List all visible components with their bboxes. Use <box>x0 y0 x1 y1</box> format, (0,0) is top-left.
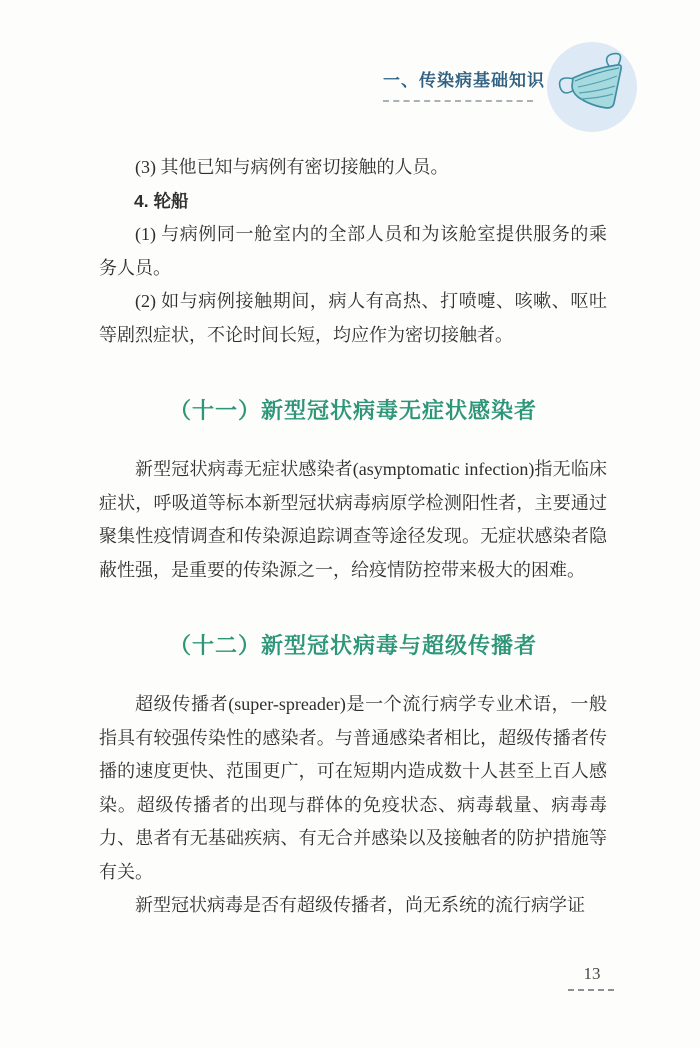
subsection-heading-ship: 4. 轮船 <box>99 185 607 219</box>
page-content: (3) 其他已知与病例有密切接触的人员。 4. 轮船 (1) 与病例同一舱室内的… <box>99 151 607 923</box>
header-dashed-rule <box>383 100 533 102</box>
section-heading-12: （十二）新型冠状病毒与超级传播者 <box>99 625 607 667</box>
page-number: 13 <box>568 964 616 984</box>
body-paragraph: (3) 其他已知与病例有密切接触的人员。 <box>99 151 607 185</box>
body-paragraph: (1) 与病例同一舱室内的全部人员和为该舱室提供服务的乘务人员。 <box>99 218 607 285</box>
page-number-dashed-rule <box>568 989 614 991</box>
face-mask-icon <box>547 42 637 132</box>
page-header: 一、传染病基础知识 <box>383 66 535 102</box>
body-paragraph: 新型冠状病毒无症状感染者(asymptomatic infection)指无临床… <box>99 453 607 587</box>
face-mask-illustration <box>547 42 637 132</box>
section-heading-11: （十一）新型冠状病毒无症状感染者 <box>99 390 607 432</box>
section-header-title: 一、传染病基础知识 <box>383 66 535 91</box>
page-footer: 13 <box>568 964 616 991</box>
body-paragraph: 新型冠状病毒是否有超级传播者，尚无系统的流行病学证 <box>99 889 607 923</box>
book-page: 一、传染病基础知识 (3) 其他已知与病例有密切接触的人员。 4. 轮船 (1)… <box>0 0 700 1048</box>
body-paragraph: 超级传播者(super-spreader)是一个流行病学专业术语，一般指具有较强… <box>99 688 607 889</box>
body-paragraph: (2) 如与病例接触期间，病人有高热、打喷嚏、咳嗽、呕吐等剧烈症状，不论时间长短… <box>99 285 607 352</box>
